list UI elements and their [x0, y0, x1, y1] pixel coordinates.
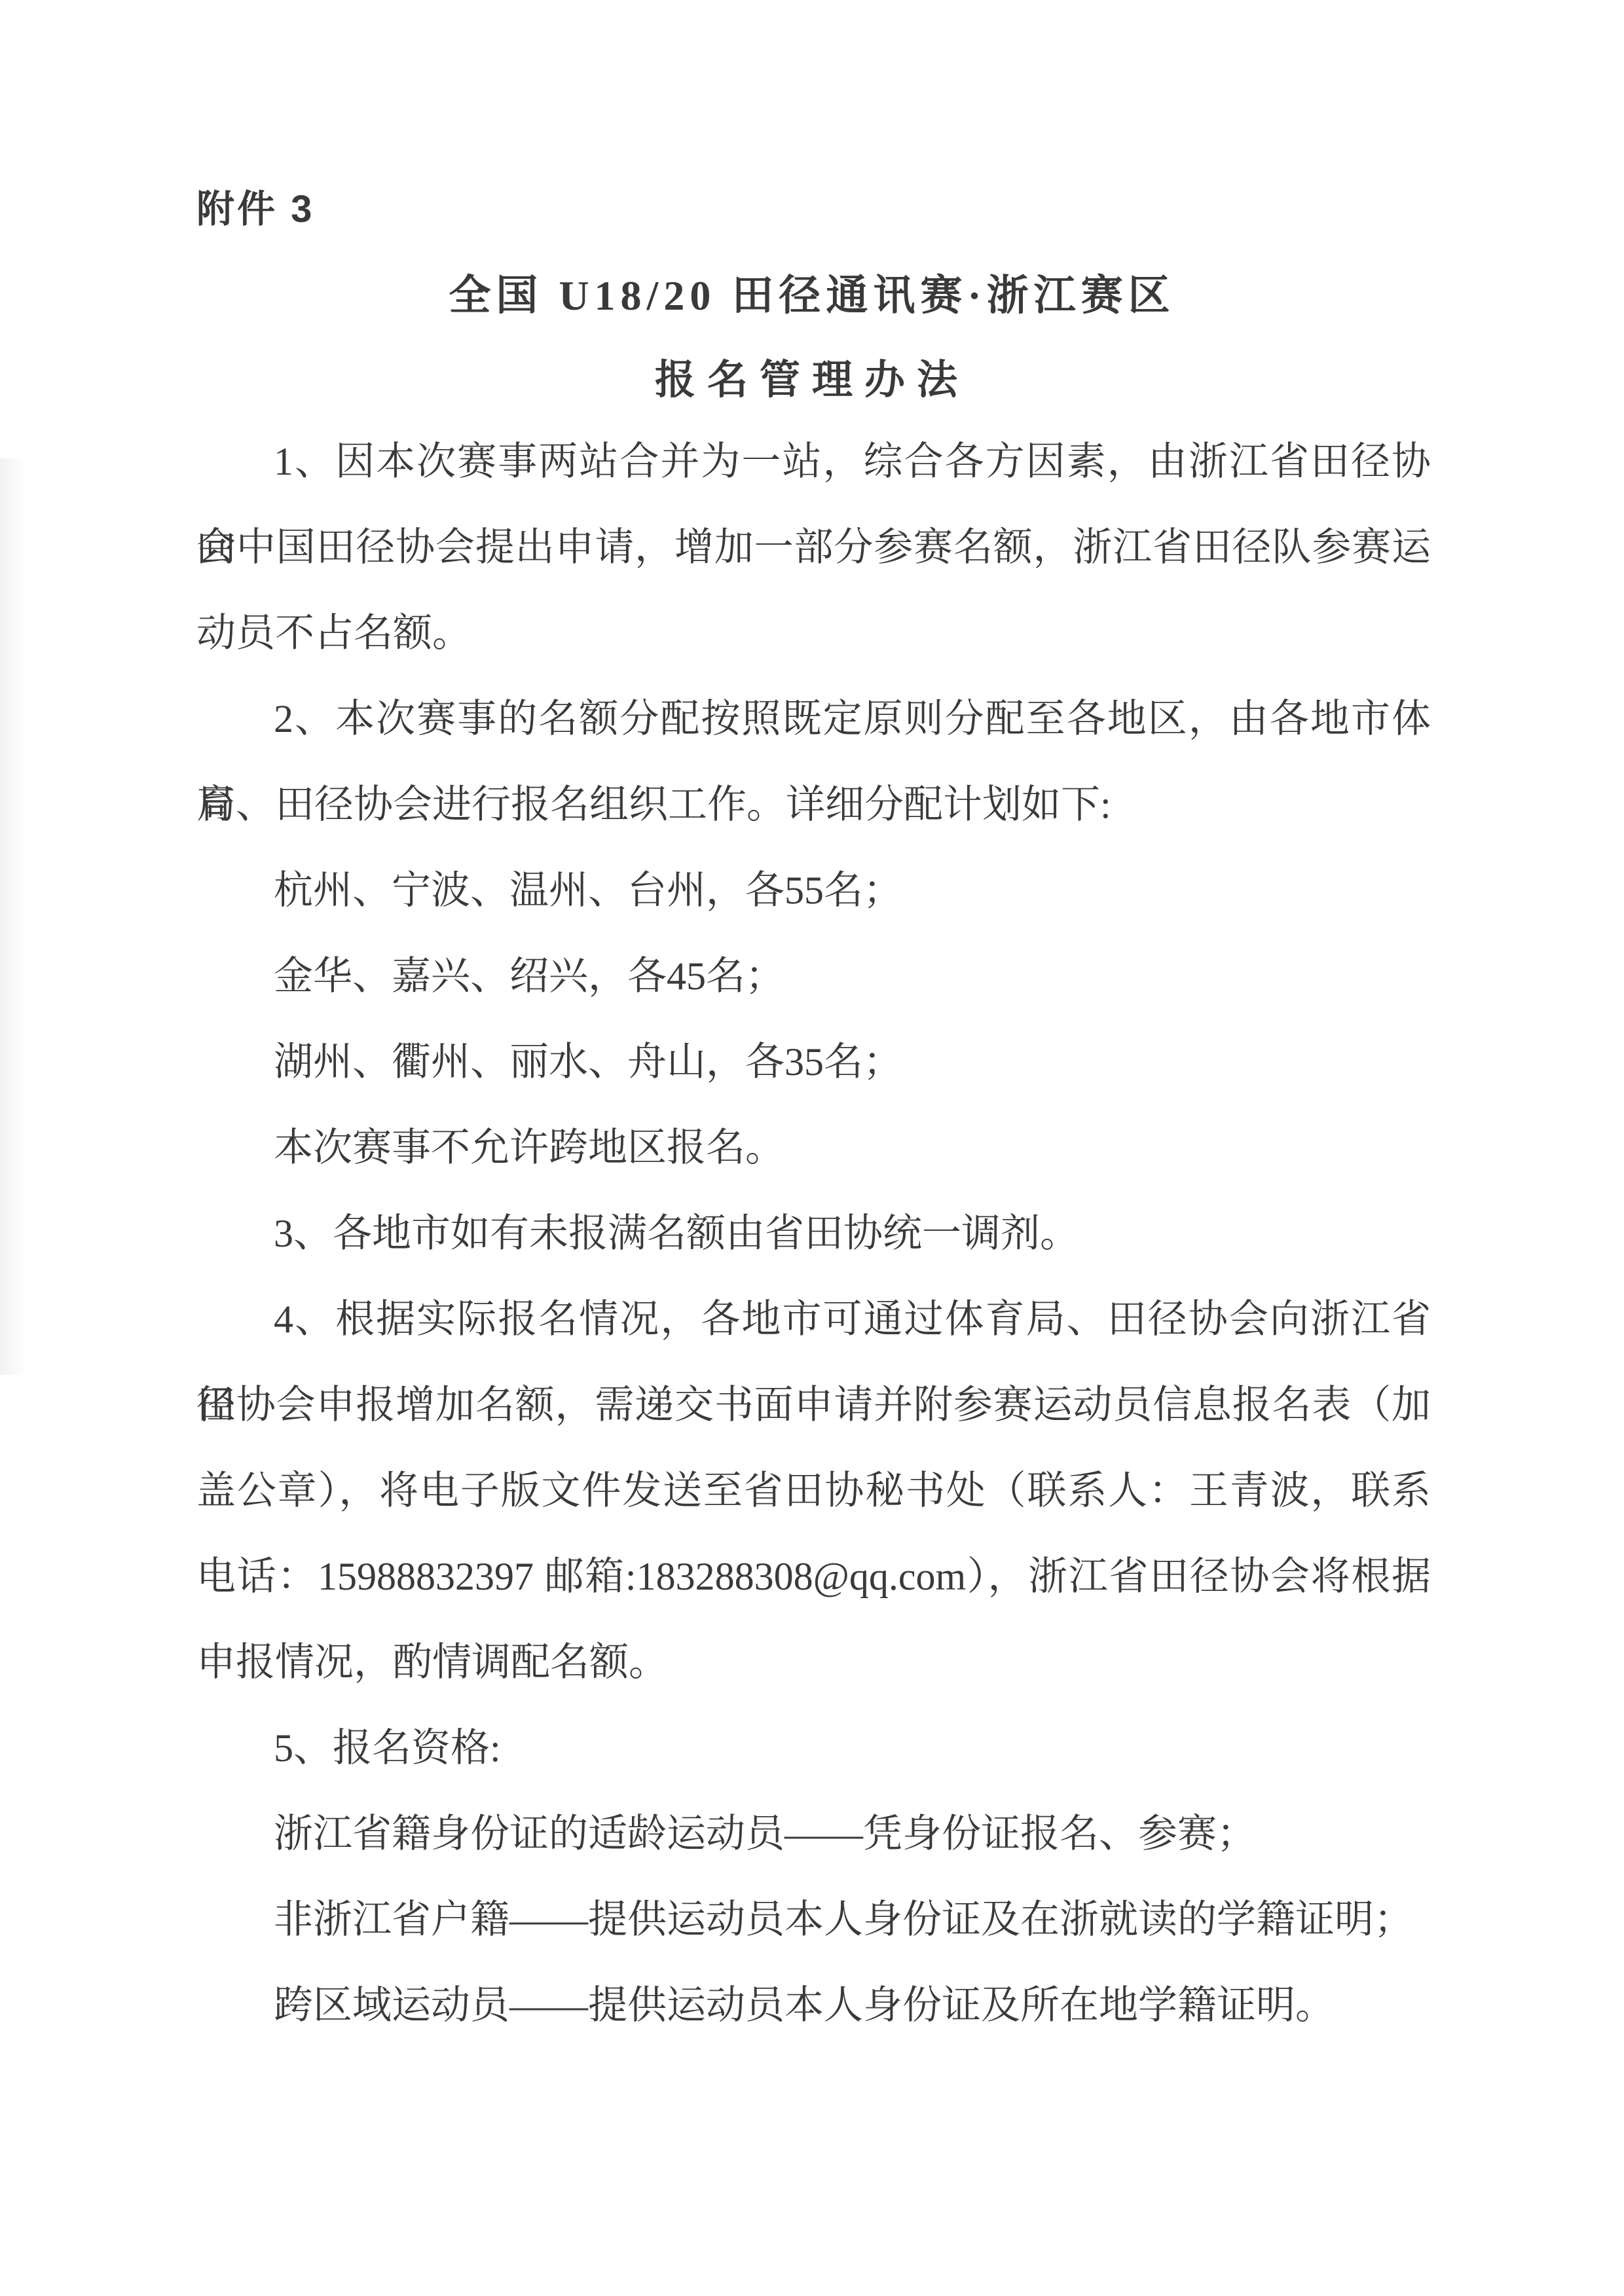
body-line-10: 3、各地市如有未报满名额由省田协统一调剂。 [196, 1191, 1431, 1277]
body-line-19: 跨区域运动员——提供运动员本人身份证及所在地学籍证明。 [196, 1963, 1431, 2049]
body-line-13: 盖公章），将电子版文件发送至省田协秘书处（联系人：王青波，联系 [196, 1448, 1431, 1534]
body-line-5: 局、田径协会进行报名组织工作。详细分配计划如下: [196, 762, 1431, 848]
body-line-15: 申报情况，酌情调配名额。 [196, 1620, 1431, 1705]
document-subtitle: 报名管理办法 [0, 347, 1624, 405]
body-line-1: 1、因本次赛事两站合并为一站，综合各方因素，由浙江省田径协会 [196, 419, 1431, 505]
body-line-4: 2、本次赛事的名额分配按照既定原则分配至各地区，由各地市体育 [196, 676, 1431, 762]
body-line-14: 电话：15988832397 邮箱:183288308@qq.com），浙江省田… [196, 1534, 1431, 1620]
attachment-label: 附件 3 [196, 178, 314, 233]
body-line-7: 金华、嘉兴、绍兴，各45名； [196, 934, 1431, 1019]
body-line-6: 杭州、宁波、温州、台州，各55名； [196, 848, 1431, 934]
document-body: 1、因本次赛事两站合并为一站，综合各方因素，由浙江省田径协会 向中国田径协会提出… [196, 419, 1431, 2049]
body-line-11: 4、根据实际报名情况，各地市可通过体育局、田径协会向浙江省田 [196, 1277, 1431, 1362]
body-line-18: 非浙江省户籍——提供运动员本人身份证及在浙就读的学籍证明； [196, 1877, 1431, 1963]
scan-artifact-left-edge [0, 458, 28, 1375]
document-page: 附件 3 全国 U18/20 田径通讯赛·浙江赛区 报名管理办法 1、因本次赛事… [0, 0, 1624, 2296]
body-line-9: 本次赛事不允许跨地区报名。 [196, 1105, 1431, 1191]
body-line-3: 动员不占名额。 [196, 591, 1431, 676]
body-line-12: 径协会申报增加名额，需递交书面申请并附参赛运动员信息报名表（加 [196, 1362, 1431, 1448]
body-line-8: 湖州、衢州、丽水、舟山，各35名； [196, 1019, 1431, 1105]
body-line-2: 向中国田径协会提出申请，增加一部分参赛名额，浙江省田径队参赛运 [196, 505, 1431, 591]
document-title: 全国 U18/20 田径通讯赛·浙江赛区 [0, 262, 1624, 322]
body-line-17: 浙江省籍身份证的适龄运动员——凭身份证报名、参赛； [196, 1791, 1431, 1877]
body-line-16: 5、报名资格: [196, 1705, 1431, 1791]
